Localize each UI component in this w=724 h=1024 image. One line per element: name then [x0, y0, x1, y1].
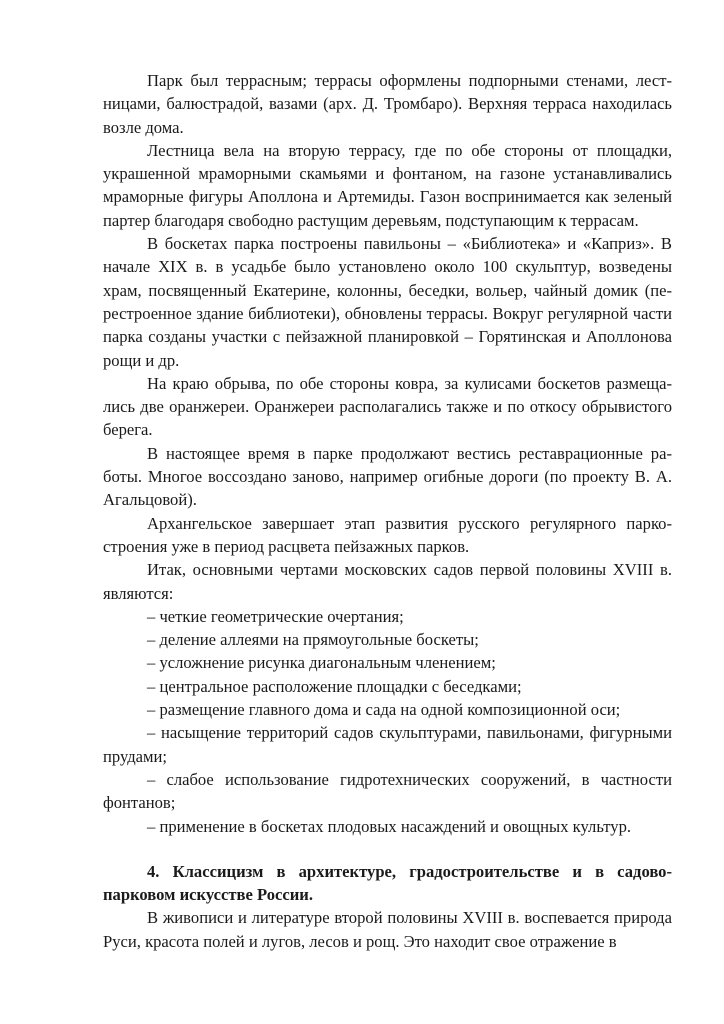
features-list: – четкие геометрические очертания; – дел…: [103, 605, 672, 838]
section-heading: 4. Классицизм в архитектуре, градостроит…: [103, 860, 672, 907]
paragraph-classicism-intro: В живописи и литературе второй половины …: [103, 906, 672, 953]
paragraph-orangeries: На краю обрыва, по обе стороны ковра, за…: [103, 372, 672, 442]
list-item: – усложнение рисунка диагональным членен…: [103, 651, 672, 674]
list-item: – размещение главного дома и сада на одн…: [103, 698, 672, 721]
list-item: – применение в боскетах плодовых насажде…: [103, 815, 672, 838]
list-item: – четкие геометрические очертания;: [103, 605, 672, 628]
list-item: – насыщение территорий садов скульптурам…: [103, 721, 672, 768]
paragraph-features-intro: Итак, основными чертами московских садов…: [103, 558, 672, 605]
paragraph-restoration: В настоящее время в парке продолжают вес…: [103, 442, 672, 512]
list-item: – слабое использование гидротехнических …: [103, 768, 672, 815]
paragraph-pavilions: В боскетах парка построены павильоны – «…: [103, 232, 672, 372]
paragraph-staircase: Лестница вела на вторую террасу, где по …: [103, 139, 672, 232]
document-page: Парк был террасным; террасы оформлены по…: [103, 69, 672, 953]
list-item: – центральное расположение площадки с бе…: [103, 675, 672, 698]
paragraph-terraces: Парк был террасным; террасы оформлены по…: [103, 69, 672, 139]
paragraph-arkhangelskoye: Архангельское завершает этап развития ру…: [103, 512, 672, 559]
list-item: – деление аллеями на прямоугольные боске…: [103, 628, 672, 651]
